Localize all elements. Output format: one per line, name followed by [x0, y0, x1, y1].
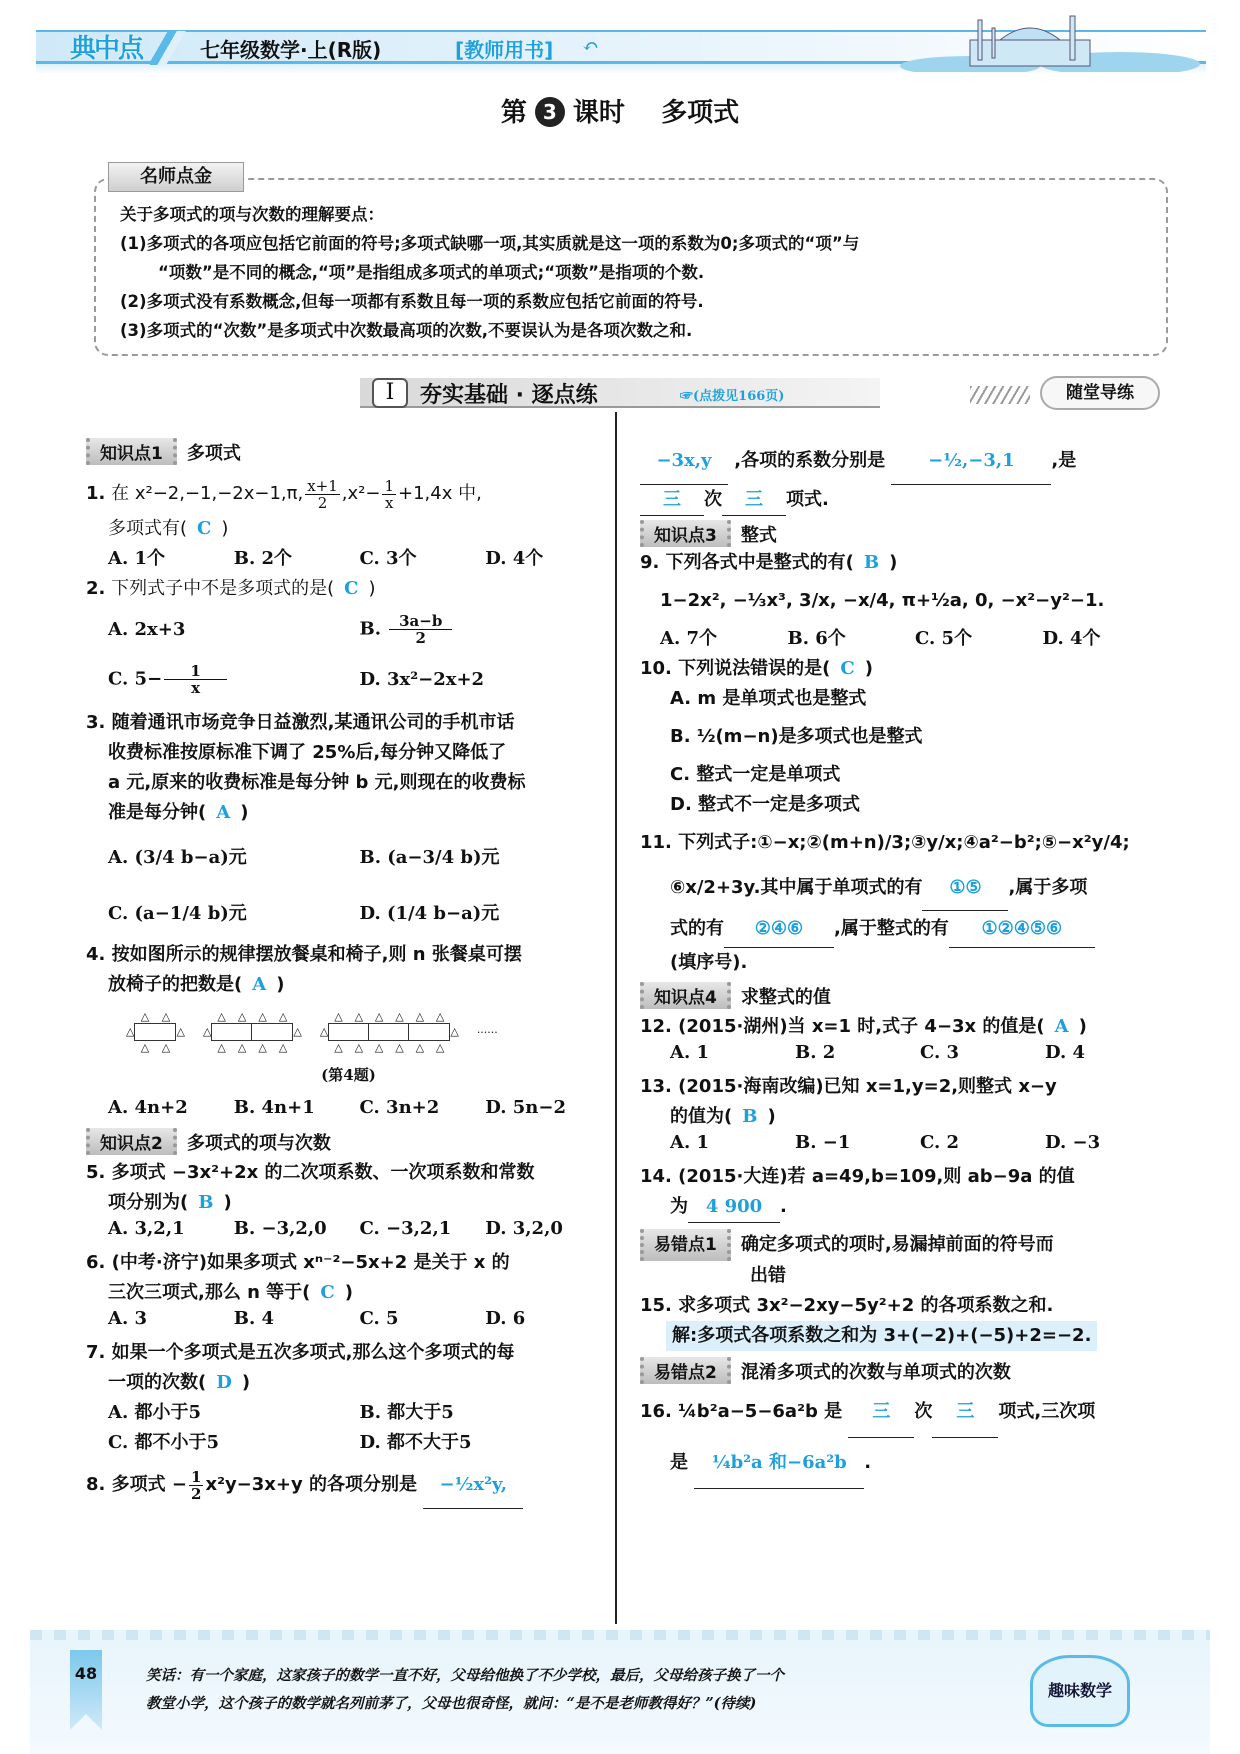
question-text: (2015·大连)若 a=49,b=109,则 ab−9a 的值 — [678, 1166, 1074, 1187]
chair-icon: △ — [320, 1026, 328, 1038]
question-text: 准是每分钟( — [108, 802, 206, 823]
option-b[interactable]: B. 2个 — [234, 544, 360, 574]
paren-close: ) — [889, 552, 897, 573]
answer-blank[interactable]: 三 — [848, 1387, 914, 1438]
option-b[interactable]: B. 4n+1 — [234, 1097, 360, 1118]
question-number: 7. — [86, 1342, 105, 1363]
paren-close: ) — [240, 802, 248, 823]
question-text: 下列说法错误的是( — [678, 658, 830, 679]
chair-icon: △ — [450, 1026, 458, 1038]
teacher-tips-content: 关于多项式的项与次数的理解要点： (1)多项式的各项应包括它前面的符号;多项式缺… — [120, 200, 1160, 345]
option-a[interactable]: A. 7个 — [660, 624, 788, 654]
option-b[interactable]: B. 都大于5 — [360, 1398, 612, 1428]
knowledge-title: 求整式的值 — [741, 987, 831, 1008]
paren-close: ) — [368, 578, 375, 599]
question-number: 2. — [86, 578, 105, 599]
question-8: 8. 多项式 −12x²y−3x+y 的各项分别是 −½x²y, — [86, 1462, 611, 1509]
answer-choice: C — [334, 578, 368, 599]
numerator: 3a−b — [389, 613, 452, 630]
option-c[interactable]: C. 5−1x — [108, 663, 360, 696]
option-c[interactable]: C. 3个 — [360, 544, 486, 574]
question-12: 12. (2015·湖州)当 x=1 时,式子 4−3x 的值是(A) — [640, 1012, 1170, 1042]
chair-icon: △ — [203, 1026, 211, 1038]
option-b[interactable]: B. 3a−b2 — [360, 613, 612, 646]
error-title-cont: 出错 — [640, 1261, 1170, 1291]
option-d[interactable]: D. 4个 — [1043, 624, 1171, 654]
table-icon — [135, 1024, 175, 1040]
option-a[interactable]: A. 3 — [108, 1308, 234, 1338]
answer-blank[interactable]: ②④⑥ — [724, 911, 834, 948]
question-4: 4. 按如图所示的规律摆放餐桌和椅子,则 n 张餐桌可摆 放椅子的把数是(A) — [86, 940, 611, 1000]
knowledge-tag: 知识点2 — [86, 1128, 177, 1155]
question-5-options: A. 3,2,1 B. −3,2,0 C. −3,2,1 D. 3,2,0 — [86, 1218, 611, 1248]
chair-row: △△ — [134, 1041, 176, 1054]
option-a[interactable]: A. 1 — [670, 1132, 795, 1162]
question-text: 下列各式中是整式的有( — [666, 552, 854, 573]
edition-tag: [教师用书] — [455, 34, 553, 63]
denominator: x — [382, 495, 396, 511]
question-1-line2: 多项式有(C) — [86, 514, 611, 544]
two-table-arrangement: △ △△△△△△△△ △ — [203, 1010, 302, 1054]
question-text: 三次三项式,那么 n 等于( — [108, 1282, 310, 1303]
lesson-suffix: 课时 — [573, 98, 625, 128]
knowledge-title: 多项式 — [187, 443, 241, 464]
question-text: (2015·湖州)当 x=1 时,式子 4−3x 的值是( — [678, 1016, 1044, 1037]
answer-blank[interactable]: −3x,y — [640, 438, 728, 485]
section-title: 夯实基础 · 逐点练 — [420, 378, 598, 409]
question-7-options-row1: A. 都小于5 B. 都大于5 — [86, 1398, 611, 1428]
header-slash-decoration — [150, 31, 190, 65]
option-b[interactable]: B. 6个 — [788, 624, 916, 654]
knowledge-tag: 知识点1 — [86, 438, 177, 465]
option-d[interactable]: D. 3,2,0 — [485, 1218, 611, 1248]
option-b[interactable]: B. ½(m−n)是多项式也是整式 — [640, 714, 1170, 760]
chair-icon: △ — [217, 1010, 225, 1023]
question-15: 15. 求多项式 3x²−2xy−5y²+2 的各项系数之和. — [640, 1291, 1170, 1321]
chair-row: △△△△ — [211, 1041, 293, 1054]
paren-close: ) — [276, 974, 284, 995]
option-d[interactable]: D. 都不大于5 — [360, 1428, 612, 1458]
question-text: 随着通讯市场竞争日益激烈,某通讯公司的手机市话 — [112, 712, 515, 733]
answer-choice: A — [1045, 1016, 1079, 1037]
question-text: 多项式 −3x²+2x 的二次项系数、一次项系数和常数 — [112, 1162, 535, 1183]
chair-row: △△△△△△ — [328, 1041, 450, 1054]
lesson-prefix: 第 — [501, 98, 527, 128]
answer-blank[interactable]: 三 — [932, 1387, 998, 1438]
question-text: . — [780, 1196, 787, 1217]
question-13-options: A. 1 B. −1 C. 2 D. −3 — [640, 1132, 1170, 1162]
paren-close: ) — [242, 1372, 250, 1393]
option-c[interactable]: C. 5个 — [915, 624, 1043, 654]
question-text: 次 — [914, 1401, 932, 1422]
answer-choice: A — [206, 802, 240, 823]
question-number: 15. — [640, 1295, 672, 1316]
answer-choice: B — [854, 552, 889, 573]
option-c[interactable]: C. 都不小于5 — [108, 1428, 360, 1458]
question-number: 11. — [640, 832, 672, 853]
denominator: 2 — [189, 1486, 203, 1502]
numerator: x+1 — [305, 478, 340, 495]
question-text: 的值为( — [670, 1106, 732, 1127]
option-d[interactable]: D. 3x²−2x+2 — [360, 669, 612, 690]
denominator: x — [164, 680, 227, 696]
question-number: 4. — [86, 944, 105, 965]
chair-row: △△ — [134, 1010, 176, 1023]
question-8-cont-2: 三次三项式. — [640, 485, 1170, 516]
question-text: x²y−3x+y 的各项分别是 — [205, 1474, 417, 1495]
column-divider — [615, 412, 617, 1624]
chair-icon: △ — [334, 1010, 342, 1023]
paren-close: ) — [221, 518, 228, 539]
question-text: 收费标准按原标准下调了 25%后,每分钟又降低了 — [86, 738, 611, 768]
numerator: 1 — [164, 663, 227, 680]
question-text: 是 — [670, 1452, 688, 1473]
answer-choice: B — [188, 1192, 223, 1213]
question-text: 如果一个多项式是五次多项式,那么这个多项式的每 — [112, 1342, 515, 1363]
chair-icon: △ — [176, 1026, 184, 1038]
chair-row: △△△△△△ — [328, 1010, 450, 1023]
question-8-cont: −3x,y ,各项的系数分别是 −½,−3,1,是 — [640, 438, 1170, 485]
answer-blank[interactable]: 4 900 — [688, 1192, 780, 1223]
knowledge-tag: 知识点4 — [640, 982, 731, 1009]
chair-icon: △ — [436, 1041, 444, 1054]
option-c[interactable]: C. 2 — [920, 1132, 1045, 1162]
option-d[interactable]: D. 4 — [1045, 1042, 1170, 1072]
question-text: 项式. — [786, 489, 829, 510]
answer-blank[interactable]: ¼b²a 和−6a²b — [694, 1438, 864, 1489]
option-a[interactable]: A. 4n+2 — [108, 1097, 234, 1118]
solution-text: 解:多项式各项系数之和为 3+(−2)+(−5)+2=−2. — [666, 1321, 1097, 1351]
paren-close: ) — [865, 658, 873, 679]
error-point-1-header: 易错点1确定多项式的项时,易漏掉前面的符号而 出错 — [640, 1223, 1170, 1291]
tip-point-1: (1)多项式的各项应包括它前面的符号;多项式缺哪一项,其实质就是这一项的系数为0… — [120, 229, 1160, 258]
question-text: (2015·海南改编)已知 x=1,y=2,则整式 x−y — [678, 1076, 1057, 1097]
fraction: x+12 — [305, 478, 340, 511]
question-3: 3. 随着通讯市场竞争日益激烈,某通讯公司的手机市话 收费标准按原标准下调了 2… — [86, 708, 611, 828]
question-text: 求多项式 3x²−2xy−5y²+2 的各项系数之和. — [678, 1295, 1053, 1316]
joke-line-2: 教堂小学，这个孩子的数学就名列前茅了，父母也很奇怪，就问：“是不是老师教得好？”… — [146, 1690, 1026, 1718]
option-a[interactable]: A. (3/4 b−a)元 — [108, 843, 360, 869]
option-c[interactable]: C. (a−1/4 b)元 — [108, 899, 360, 925]
knowledge-point-4-header: 知识点4求整式的值 — [640, 978, 1170, 1012]
option-b[interactable]: B. −1 — [795, 1132, 920, 1162]
question-number: 3. — [86, 712, 105, 733]
question-text: 项分别为( — [108, 1192, 188, 1213]
one-table-arrangement: △ △△△△ △ — [126, 1010, 185, 1054]
question-text: 多项式有( — [108, 518, 187, 539]
question-text: ,各项的系数分别是 — [734, 450, 885, 471]
tip-point-2: (2)多项式没有系数概念,但每一项都有系数且每一项的系数应包括它前面的符号. — [120, 287, 1160, 316]
chair-row: △△△△ — [211, 1010, 293, 1023]
question-15-solution: 解:多项式各项系数之和为 3+(−2)+(−5)+2=−2. — [640, 1321, 1170, 1351]
knowledge-tag: 知识点3 — [640, 520, 731, 547]
chair-icon: △ — [416, 1041, 424, 1054]
question-number: 8. — [86, 1474, 105, 1495]
question-number: 5. — [86, 1162, 105, 1183]
question-6-options: A. 3 B. 4 C. 5 D. 6 — [86, 1308, 611, 1338]
footer-joke: 笑话：有一个家庭，这家孩子的数学一直不好，父母给他换了不少学校，最后，父母给孩子… — [146, 1662, 1026, 1718]
question-10: 10. 下列说法错误的是(C) — [640, 654, 1170, 684]
chair-icon: △ — [355, 1041, 363, 1054]
question-1: 1. 在 x²−2,−1,−2x−1,π,x+12,x²−1x+1,4x 中, — [86, 474, 611, 514]
chair-icon: △ — [395, 1041, 403, 1054]
tips-intro: 关于多项式的项与次数的理解要点： — [120, 200, 1160, 229]
answer-blank[interactable]: ①⑤ — [922, 866, 1008, 911]
numerator: 1 — [382, 478, 396, 495]
question-text: 在 x²−2,−1,−2x−1,π, — [111, 483, 303, 504]
question-text: 为 — [670, 1196, 688, 1217]
paren-close: ) — [345, 1282, 353, 1303]
answer-choice: C — [187, 518, 221, 539]
fraction: 3a−b2 — [389, 613, 515, 646]
option-b[interactable]: B. 2 — [795, 1042, 920, 1072]
table-chair-figure: △ △△△△ △ △ △△△△△△△△ △ △ △△△△△△△△△△△△ △ ·… — [86, 1000, 611, 1064]
chair-icon: △ — [258, 1041, 266, 1054]
question-11-line4: (填序号). — [640, 948, 1170, 978]
answer-choice: C — [830, 658, 864, 679]
option-c[interactable]: C. 5 — [360, 1308, 486, 1338]
question-text: +1,4x 中, — [398, 483, 482, 504]
tip-point-1-cont: “项数”是不同的概念,“项”是指组成多项式的单项式;“项数”是指项的个数. — [120, 258, 1160, 287]
fraction: 1x — [382, 478, 396, 511]
chair-icon: △ — [375, 1041, 383, 1054]
question-3-options-row1: A. (3/4 b−a)元 B. (a−3/4 b)元 — [86, 828, 611, 884]
question-5: 5. 多项式 −3x²+2x 的二次项系数、一次项系数和常数 项分别为(B) — [86, 1158, 611, 1218]
option-label: B. — [360, 618, 381, 639]
option-d[interactable]: D. 5n−2 — [485, 1097, 611, 1118]
question-number: 14. — [640, 1166, 672, 1187]
table-row — [134, 1023, 176, 1041]
teacher-tips-tab: 名师点金 — [108, 162, 244, 192]
table-icon — [409, 1024, 449, 1040]
table-row — [328, 1023, 450, 1041]
question-text: 式的有 — [670, 918, 724, 939]
question-16-line2: 是 ¼b²a 和−6a²b. — [640, 1438, 1170, 1489]
chair-icon: △ — [279, 1041, 287, 1054]
option-d[interactable]: D. 整式不一定是多项式 — [640, 790, 1170, 820]
question-16: 16. ¼b²a−5−6a²b 是 三次三项式,三次项 — [640, 1387, 1170, 1438]
question-1-options: A. 1个 B. 2个 C. 3个 D. 4个 — [86, 544, 611, 574]
answer-blank[interactable]: −½x²y, — [423, 1462, 523, 1509]
chair-icon: △ — [141, 1010, 149, 1023]
option-d[interactable]: D. 4个 — [485, 544, 611, 574]
tip-point-3: (3)多项式的“次数”是多项式中次数最高项的次数,不要误认为是各项次数之和. — [120, 316, 1160, 345]
option-b[interactable]: B. 4 — [234, 1308, 360, 1338]
book-title: 七年级数学·上(R版) — [200, 34, 381, 63]
knowledge-title: 多项式的项与次数 — [187, 1133, 331, 1154]
error-tag: 易错点1 — [640, 1229, 731, 1261]
option-a[interactable]: A. m 是单项式也是整式 — [640, 684, 1170, 714]
table-icon — [252, 1024, 292, 1040]
option-c[interactable]: C. 整式一定是单项式 — [640, 760, 1170, 790]
option-label: C. 5− — [108, 668, 162, 689]
chair-icon: △ — [258, 1010, 266, 1023]
chair-icon: △ — [436, 1010, 444, 1023]
chair-icon: △ — [238, 1010, 246, 1023]
section-hatch-decoration — [970, 386, 1030, 404]
denominator: 2 — [389, 630, 452, 646]
paren-close: ) — [767, 1106, 775, 1127]
question-text: ⑥x/2+3y.其中属于单项式的有 — [670, 877, 922, 898]
answer-choice: D — [206, 1372, 242, 1393]
error-point-2-header: 易错点2混淆多项式的次数与单项式的次数 — [640, 1351, 1170, 1387]
joke-line-1: 笑话：有一个家庭，这家孩子的数学一直不好，父母给他换了不少学校，最后，父母给孩子… — [146, 1662, 1026, 1690]
question-2: 2. 下列式子中不是多项式的是(C) — [86, 574, 611, 604]
question-text: 多项式 − — [112, 1474, 187, 1495]
question-13: 13. (2015·海南改编)已知 x=1,y=2,则整式 x−y 的值为(B) — [640, 1072, 1170, 1132]
option-b[interactable]: B. (a−3/4 b)元 — [360, 843, 612, 869]
question-2-options-row2: C. 5−1x D. 3x²−2x+2 — [86, 654, 611, 704]
knowledge-point-2-header: 知识点2多项式的项与次数 — [86, 1124, 611, 1158]
option-a[interactable]: A. 都小于5 — [108, 1398, 360, 1428]
question-number: 10. — [640, 658, 672, 679]
question-number: 6. — [86, 1252, 105, 1273]
question-9-options: A. 7个 B. 6个 C. 5个 D. 4个 — [640, 624, 1170, 654]
chair-icon: △ — [334, 1041, 342, 1054]
knowledge-point-1-header: 知识点1多项式 — [86, 438, 611, 474]
question-text: 项式,三次项 — [998, 1401, 1095, 1422]
answer-blank[interactable]: 三 — [722, 485, 786, 516]
table-icon — [329, 1024, 369, 1040]
knowledge-title: 整式 — [741, 525, 777, 546]
answer-blank[interactable]: 三 — [640, 485, 704, 516]
fraction: 1x — [164, 663, 290, 696]
option-d[interactable]: D. 6 — [485, 1308, 611, 1338]
figure-ellipsis: ······ — [477, 1026, 498, 1039]
lesson-topic: 多项式 — [661, 98, 739, 128]
question-text: 一项的次数( — [108, 1372, 206, 1393]
lesson-title: 第3课时 多项式 — [0, 92, 1240, 129]
chair-icon: △ — [279, 1010, 287, 1023]
option-b[interactable]: B. −3,2,0 — [234, 1218, 360, 1248]
answer-blank[interactable]: ①②④⑤⑥ — [949, 911, 1095, 948]
chair-icon: △ — [141, 1041, 149, 1054]
question-text: ,x²− — [342, 483, 381, 504]
chair-icon: △ — [162, 1010, 170, 1023]
chair-icon: △ — [395, 1010, 403, 1023]
mosque-illustration-icon — [880, 10, 1200, 72]
question-14: 14. (2015·大连)若 a=49,b=109,则 ab−9a 的值 为4 … — [640, 1162, 1170, 1223]
answer-blank[interactable]: −½,−3,1 — [891, 438, 1051, 485]
chair-icon: △ — [126, 1026, 134, 1038]
fraction: 12 — [189, 1469, 203, 1502]
question-text: ,属于整式的有 — [834, 918, 949, 939]
option-c[interactable]: C. 3n+2 — [360, 1097, 486, 1118]
question-text: 下列式子中不是多项式的是( — [111, 578, 334, 599]
question-text: 按如图所示的规律摆放餐桌和椅子,则 n 张餐桌可摆 — [112, 944, 522, 965]
question-text: ,是 — [1051, 450, 1076, 471]
option-a[interactable]: A. 2x+3 — [108, 619, 360, 640]
question-text: 次 — [704, 489, 722, 510]
question-text: 放椅子的把数是( — [108, 974, 242, 995]
question-text: ,属于多项 — [1008, 877, 1087, 898]
lesson-number-badge: 3 — [535, 97, 565, 127]
question-9: 9. 下列各式中是整式的有(B) — [640, 548, 1170, 578]
paren-close: ) — [1079, 1016, 1087, 1037]
left-column: 知识点1多项式 1. 在 x²−2,−1,−2x−1,π,x+12,x²−1x+… — [86, 438, 611, 1509]
fun-math-badge: 趣味数学 — [1030, 1655, 1130, 1727]
question-11-line3: 式的有②④⑥,属于整式的有①②④⑤⑥ — [640, 911, 1170, 948]
question-number: 13. — [640, 1076, 672, 1097]
table-icon — [212, 1024, 252, 1040]
numerator: 1 — [189, 1469, 203, 1486]
error-title: 确定多项式的项时,易漏掉前面的符号而 — [741, 1234, 1054, 1255]
question-3-options-row2: C. (a−1/4 b)元 D. (1/4 b−a)元 — [86, 884, 611, 940]
question-text: (中考·济宁)如果多项式 xⁿ⁻²−5x+2 是关于 x 的 — [112, 1252, 510, 1273]
option-a[interactable]: A. 1 — [670, 1042, 795, 1072]
section-roman-numeral: I — [372, 378, 408, 408]
answer-choice: B — [732, 1106, 767, 1127]
question-number: 9. — [640, 552, 659, 573]
answer-choice: C — [310, 1282, 344, 1303]
paren-close: ) — [223, 1192, 231, 1213]
option-a[interactable]: A. 1个 — [108, 544, 234, 574]
option-c[interactable]: C. 3 — [920, 1042, 1045, 1072]
question-text: a 元,原来的收费标准是每分钟 b 元,则现在的收费标 — [86, 768, 611, 798]
chair-icon: △ — [375, 1010, 383, 1023]
chair-icon: △ — [293, 1026, 301, 1038]
question-7: 7. 如果一个多项式是五次多项式,那么这个多项式的每 一项的次数(D) — [86, 1338, 611, 1398]
question-text: ¼b²a−5−6a²b 是 — [678, 1401, 842, 1422]
chair-icon: △ — [355, 1010, 363, 1023]
question-number: 1. — [86, 483, 105, 504]
undo-arrow-icon[interactable]: ↶ — [582, 34, 599, 58]
option-c[interactable]: C. −3,2,1 — [360, 1218, 486, 1248]
question-number: 12. — [640, 1016, 672, 1037]
denominator: 2 — [305, 495, 340, 511]
option-a[interactable]: A. 3,2,1 — [108, 1218, 234, 1248]
right-column: −3x,y ,各项的系数分别是 −½,−3,1,是 三次三项式. 知识点3整式 … — [640, 438, 1170, 1489]
question-text: 下列式子:①−x;②(m+n)/3;③y/x;④a²−b²;⑤−x²y/4; — [678, 832, 1130, 853]
three-table-arrangement: △ △△△△△△△△△△△△ △ — [320, 1010, 459, 1054]
table-row — [211, 1023, 293, 1041]
question-2-options-row1: A. 2x+3 B. 3a−b2 — [86, 604, 611, 654]
question-text: . — [864, 1452, 871, 1473]
question-number: 16. — [640, 1401, 672, 1422]
question-6: 6. (中考·济宁)如果多项式 xⁿ⁻²−5x+2 是关于 x 的 三次三项式,… — [86, 1248, 611, 1308]
error-tag: 易错点2 — [640, 1357, 731, 1384]
table-icon — [369, 1024, 409, 1040]
section-hint-reference[interactable]: ☞(点拨见166页) — [680, 385, 784, 404]
section-badge: 随堂导练 — [1040, 376, 1160, 410]
answer-choice: A — [242, 974, 276, 995]
option-d[interactable]: D. (1/4 b−a)元 — [360, 899, 612, 925]
chair-icon: △ — [238, 1041, 246, 1054]
chair-icon: △ — [162, 1041, 170, 1054]
question-4-options: A. 4n+2 B. 4n+1 C. 3n+2 D. 5n−2 — [86, 1090, 611, 1124]
question-11: 11. 下列式子:①−x;②(m+n)/3;③y/x;④a²−b²;⑤−x²y/… — [640, 820, 1170, 866]
question-11-line2: ⑥x/2+3y.其中属于单项式的有①⑤,属于多项 — [640, 866, 1170, 911]
knowledge-point-3-header: 知识点3整式 — [640, 516, 1170, 548]
question-12-options: A. 1 B. 2 C. 3 D. 4 — [640, 1042, 1170, 1072]
chair-icon: △ — [217, 1041, 225, 1054]
publisher-logo: 典中点 — [70, 28, 150, 68]
question-9-expression: 1−2x², −⅓x³, 3/x, −x/4, π+½a, 0, −x²−y²−… — [640, 578, 1170, 624]
option-d[interactable]: D. −3 — [1045, 1132, 1170, 1162]
chair-icon: △ — [416, 1010, 424, 1023]
figure-caption: (第4题) — [86, 1064, 611, 1090]
error-title: 混淆多项式的次数与单项式的次数 — [741, 1362, 1011, 1383]
question-7-options-row2: C. 都不小于5 D. 都不大于5 — [86, 1428, 611, 1458]
